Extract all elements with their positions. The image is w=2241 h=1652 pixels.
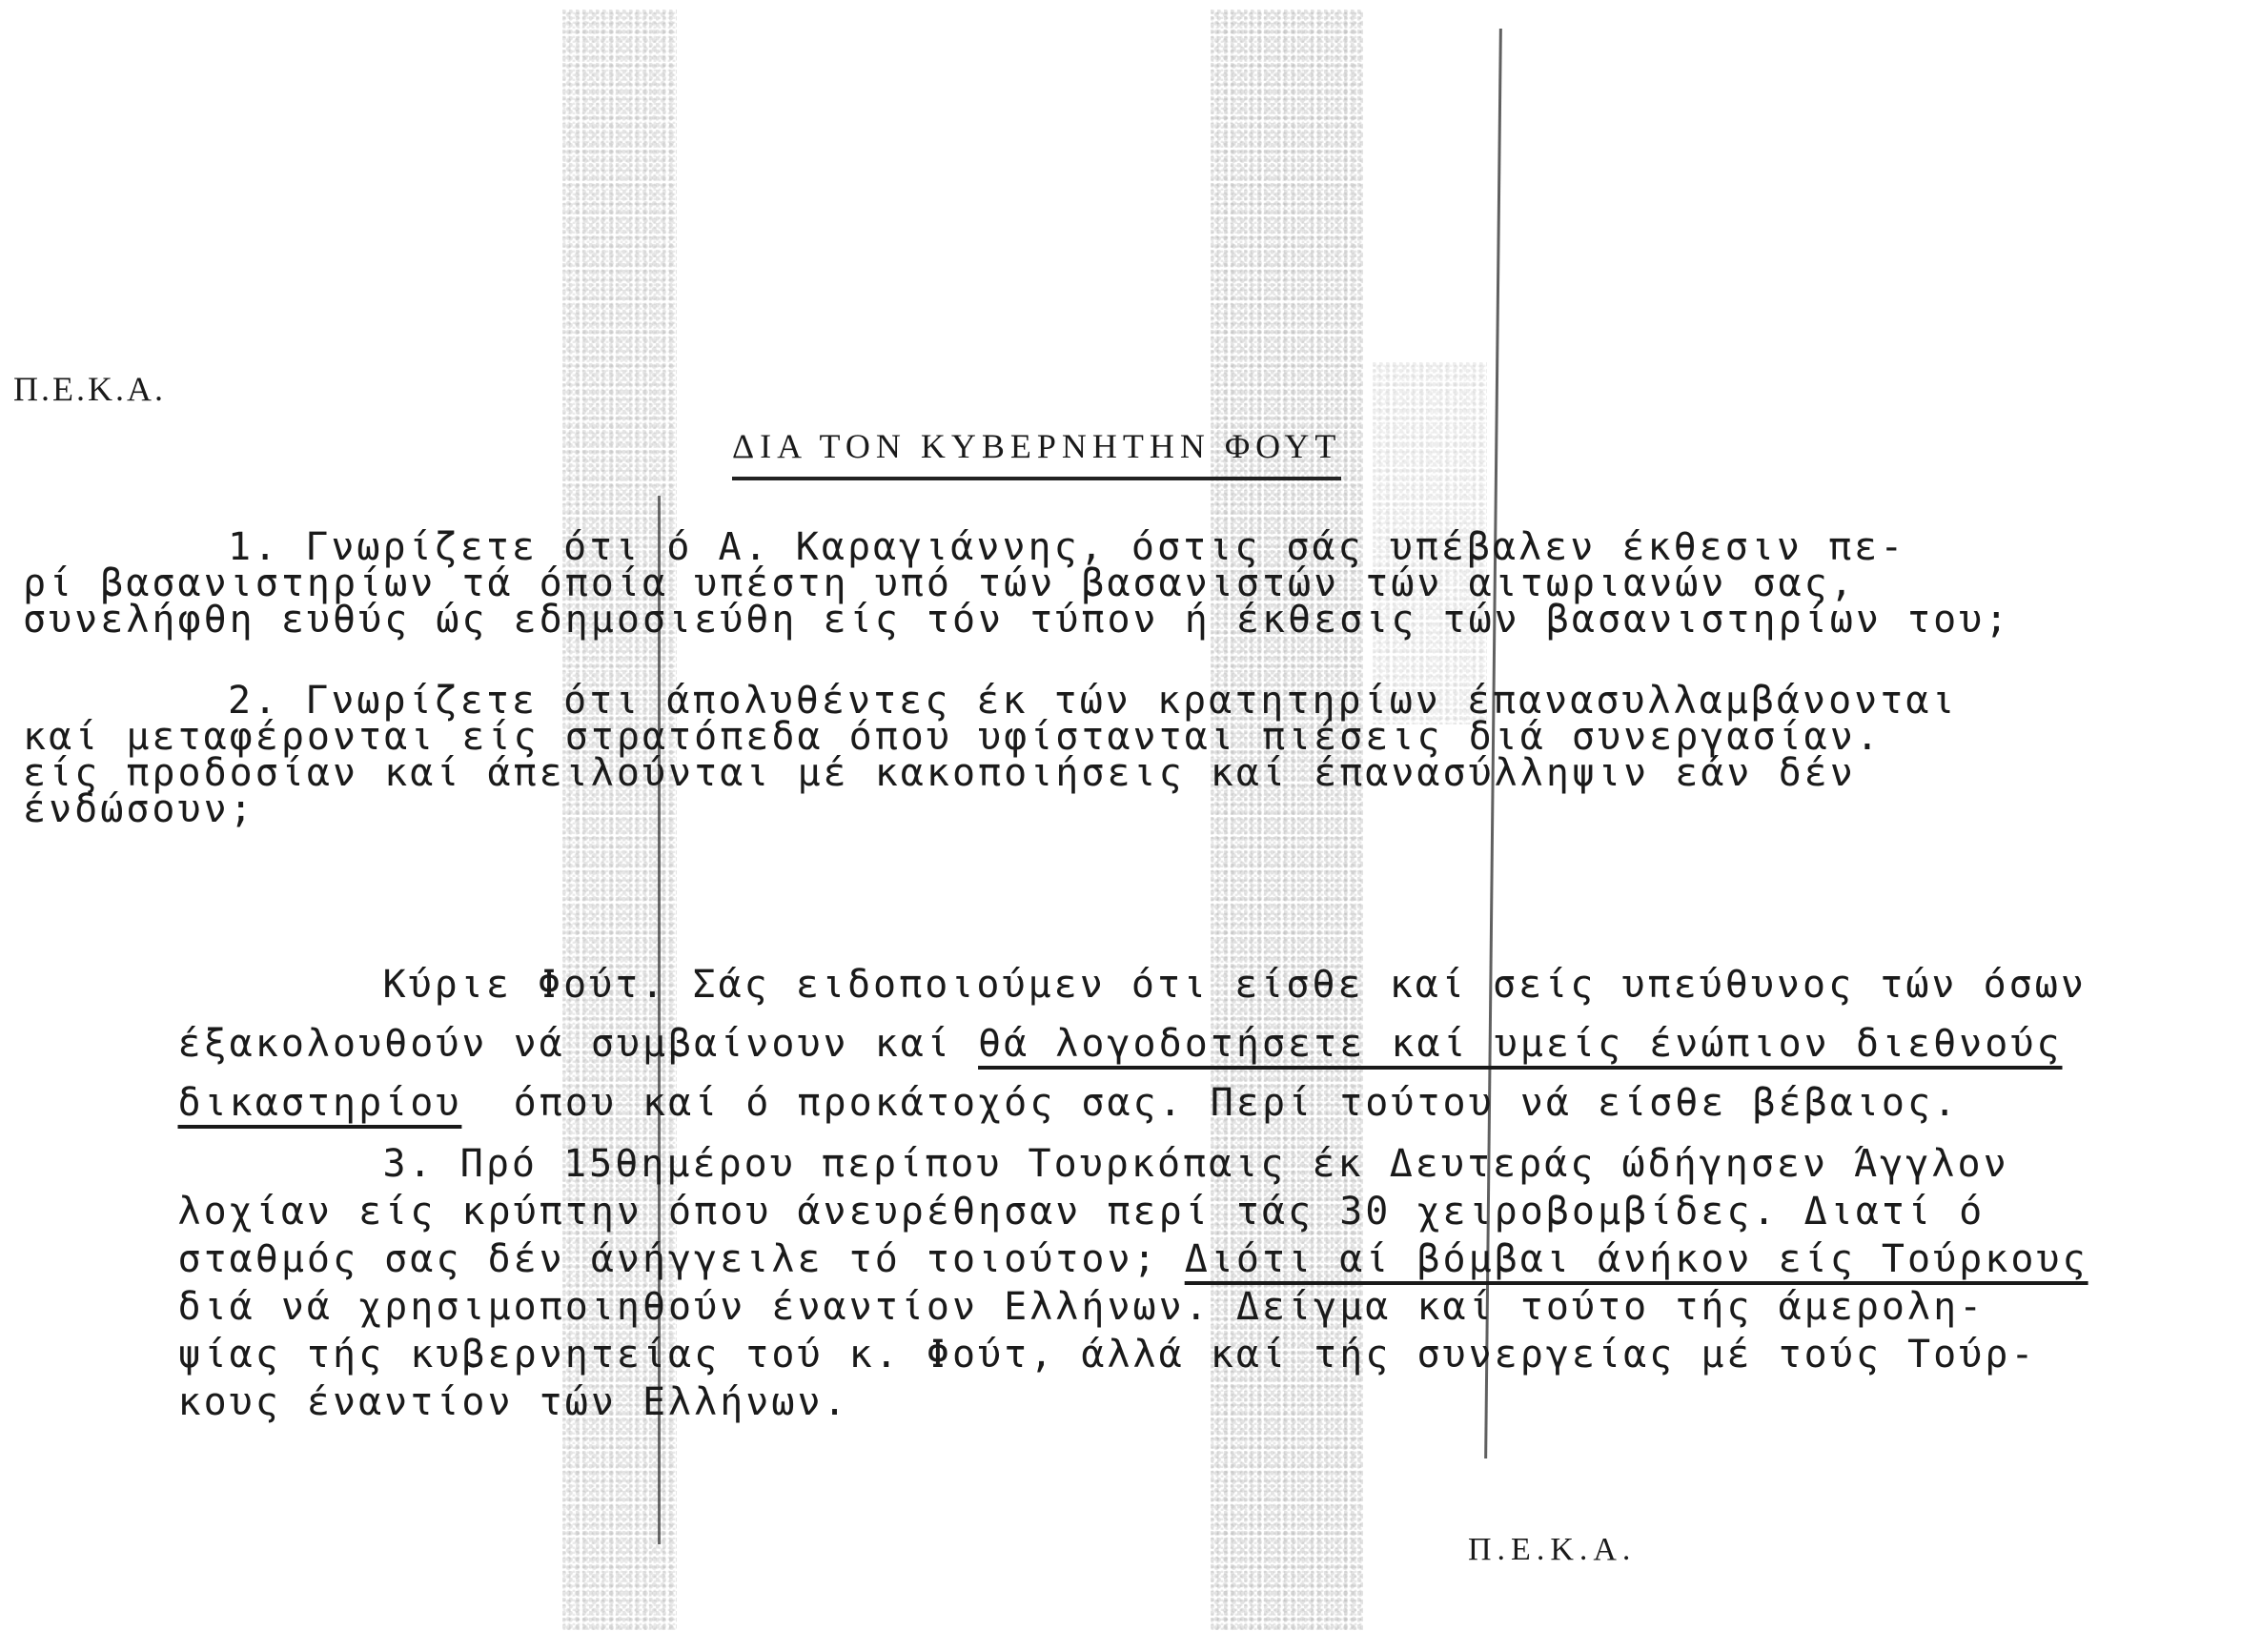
text-segment: 3. Πρό 15θημέρου περίπου Τουρκόπαις έκ Δ… bbox=[383, 1142, 2009, 1186]
text-line: 1. Γνωρίζετε ότι ό Α. Καραγιάννης, όστις… bbox=[23, 529, 2168, 565]
text-line: καί μεταφέρονται είς στρατόπεδα όπου υφί… bbox=[23, 719, 2168, 755]
text-line: συνελήφθη ευθύς ώς εδημοσιεύθη είς τόν τ… bbox=[23, 602, 2168, 638]
underlined-segment: Διότι αί βόμβαι άνήκον είς Τούρκους bbox=[1185, 1237, 2088, 1281]
text-line: 2. Γνωρίζετε ότι άπολυθέντες έκ τών κρατ… bbox=[23, 683, 2168, 719]
text-line: 3. Πρό 15θημέρου περίπου Τουρκόπαις έκ Δ… bbox=[23, 1092, 2168, 1140]
signature: Π.Ε.Κ.Α. bbox=[1468, 1523, 1636, 1577]
organization-header: Π.Ε.Κ.Α. bbox=[13, 362, 166, 416]
paragraph-3: 3. Πρό 15θημέρου περίπου Τουρκόπαις έκ Δ… bbox=[23, 1092, 2168, 1378]
document-title: ΔΙΑ ΤΟΝ ΚΥΒΕΡΝΗΤΗΝ ΦΟΥΤ bbox=[732, 419, 1341, 480]
paragraph-1: 1. Γνωρίζετε ότι ό Α. Καραγιάννης, όστις… bbox=[23, 529, 2168, 638]
text-line: Κύριε Φούτ. Σάς ειδοποιούμεν ότι είσθε κ… bbox=[23, 896, 2168, 955]
text-segment: κους έναντίον τών Ελλήνων. bbox=[178, 1380, 849, 1424]
text-segment: διά νά χρησιμοποιηθούν έναντίον Ελλήνων.… bbox=[178, 1285, 1986, 1329]
text-segment: Κύριε Φούτ. Σάς ειδοποιούμεν ότι είσθε κ… bbox=[383, 963, 2087, 1007]
text-segment: ψίας τής κυβερνητείας τού κ. Φούτ, άλλά … bbox=[178, 1333, 2037, 1377]
text-line: είς προδοσίαν καί άπειλούνται μέ κακοποι… bbox=[23, 755, 2168, 791]
paragraph-2: 2. Γνωρίζετε ότι άπολυθέντες έκ τών κρατ… bbox=[23, 683, 2168, 827]
paragraph-warning: Κύριε Φούτ. Σάς ειδοποιούμεν ότι είσθε κ… bbox=[23, 896, 2168, 1073]
text-segment: σταθμός σας δέν άνήγγειλε τό τοιούτον; bbox=[178, 1237, 1185, 1281]
scanned-document-page: Π.Ε.Κ.Α. ΔΙΑ ΤΟΝ ΚΥΒΕΡΝΗΤΗΝ ΦΟΥΤ 1. Γνωρ… bbox=[0, 0, 2241, 1652]
text-line: ρί βασανιστηρίων τά όποία υπέστη υπό τών… bbox=[23, 565, 2168, 602]
text-segment: έξακολουθούν νά συμβαίνουν καί bbox=[178, 1022, 979, 1066]
underlined-segment: θά λογοδοτήσετε καί υμείς ένώπιον διεθνο… bbox=[978, 1022, 2062, 1066]
text-line: ένδώσουν; bbox=[23, 791, 2168, 827]
text-segment: λοχίαν είς κρύπτην όπου άνευρέθησαν περί… bbox=[178, 1190, 1986, 1234]
